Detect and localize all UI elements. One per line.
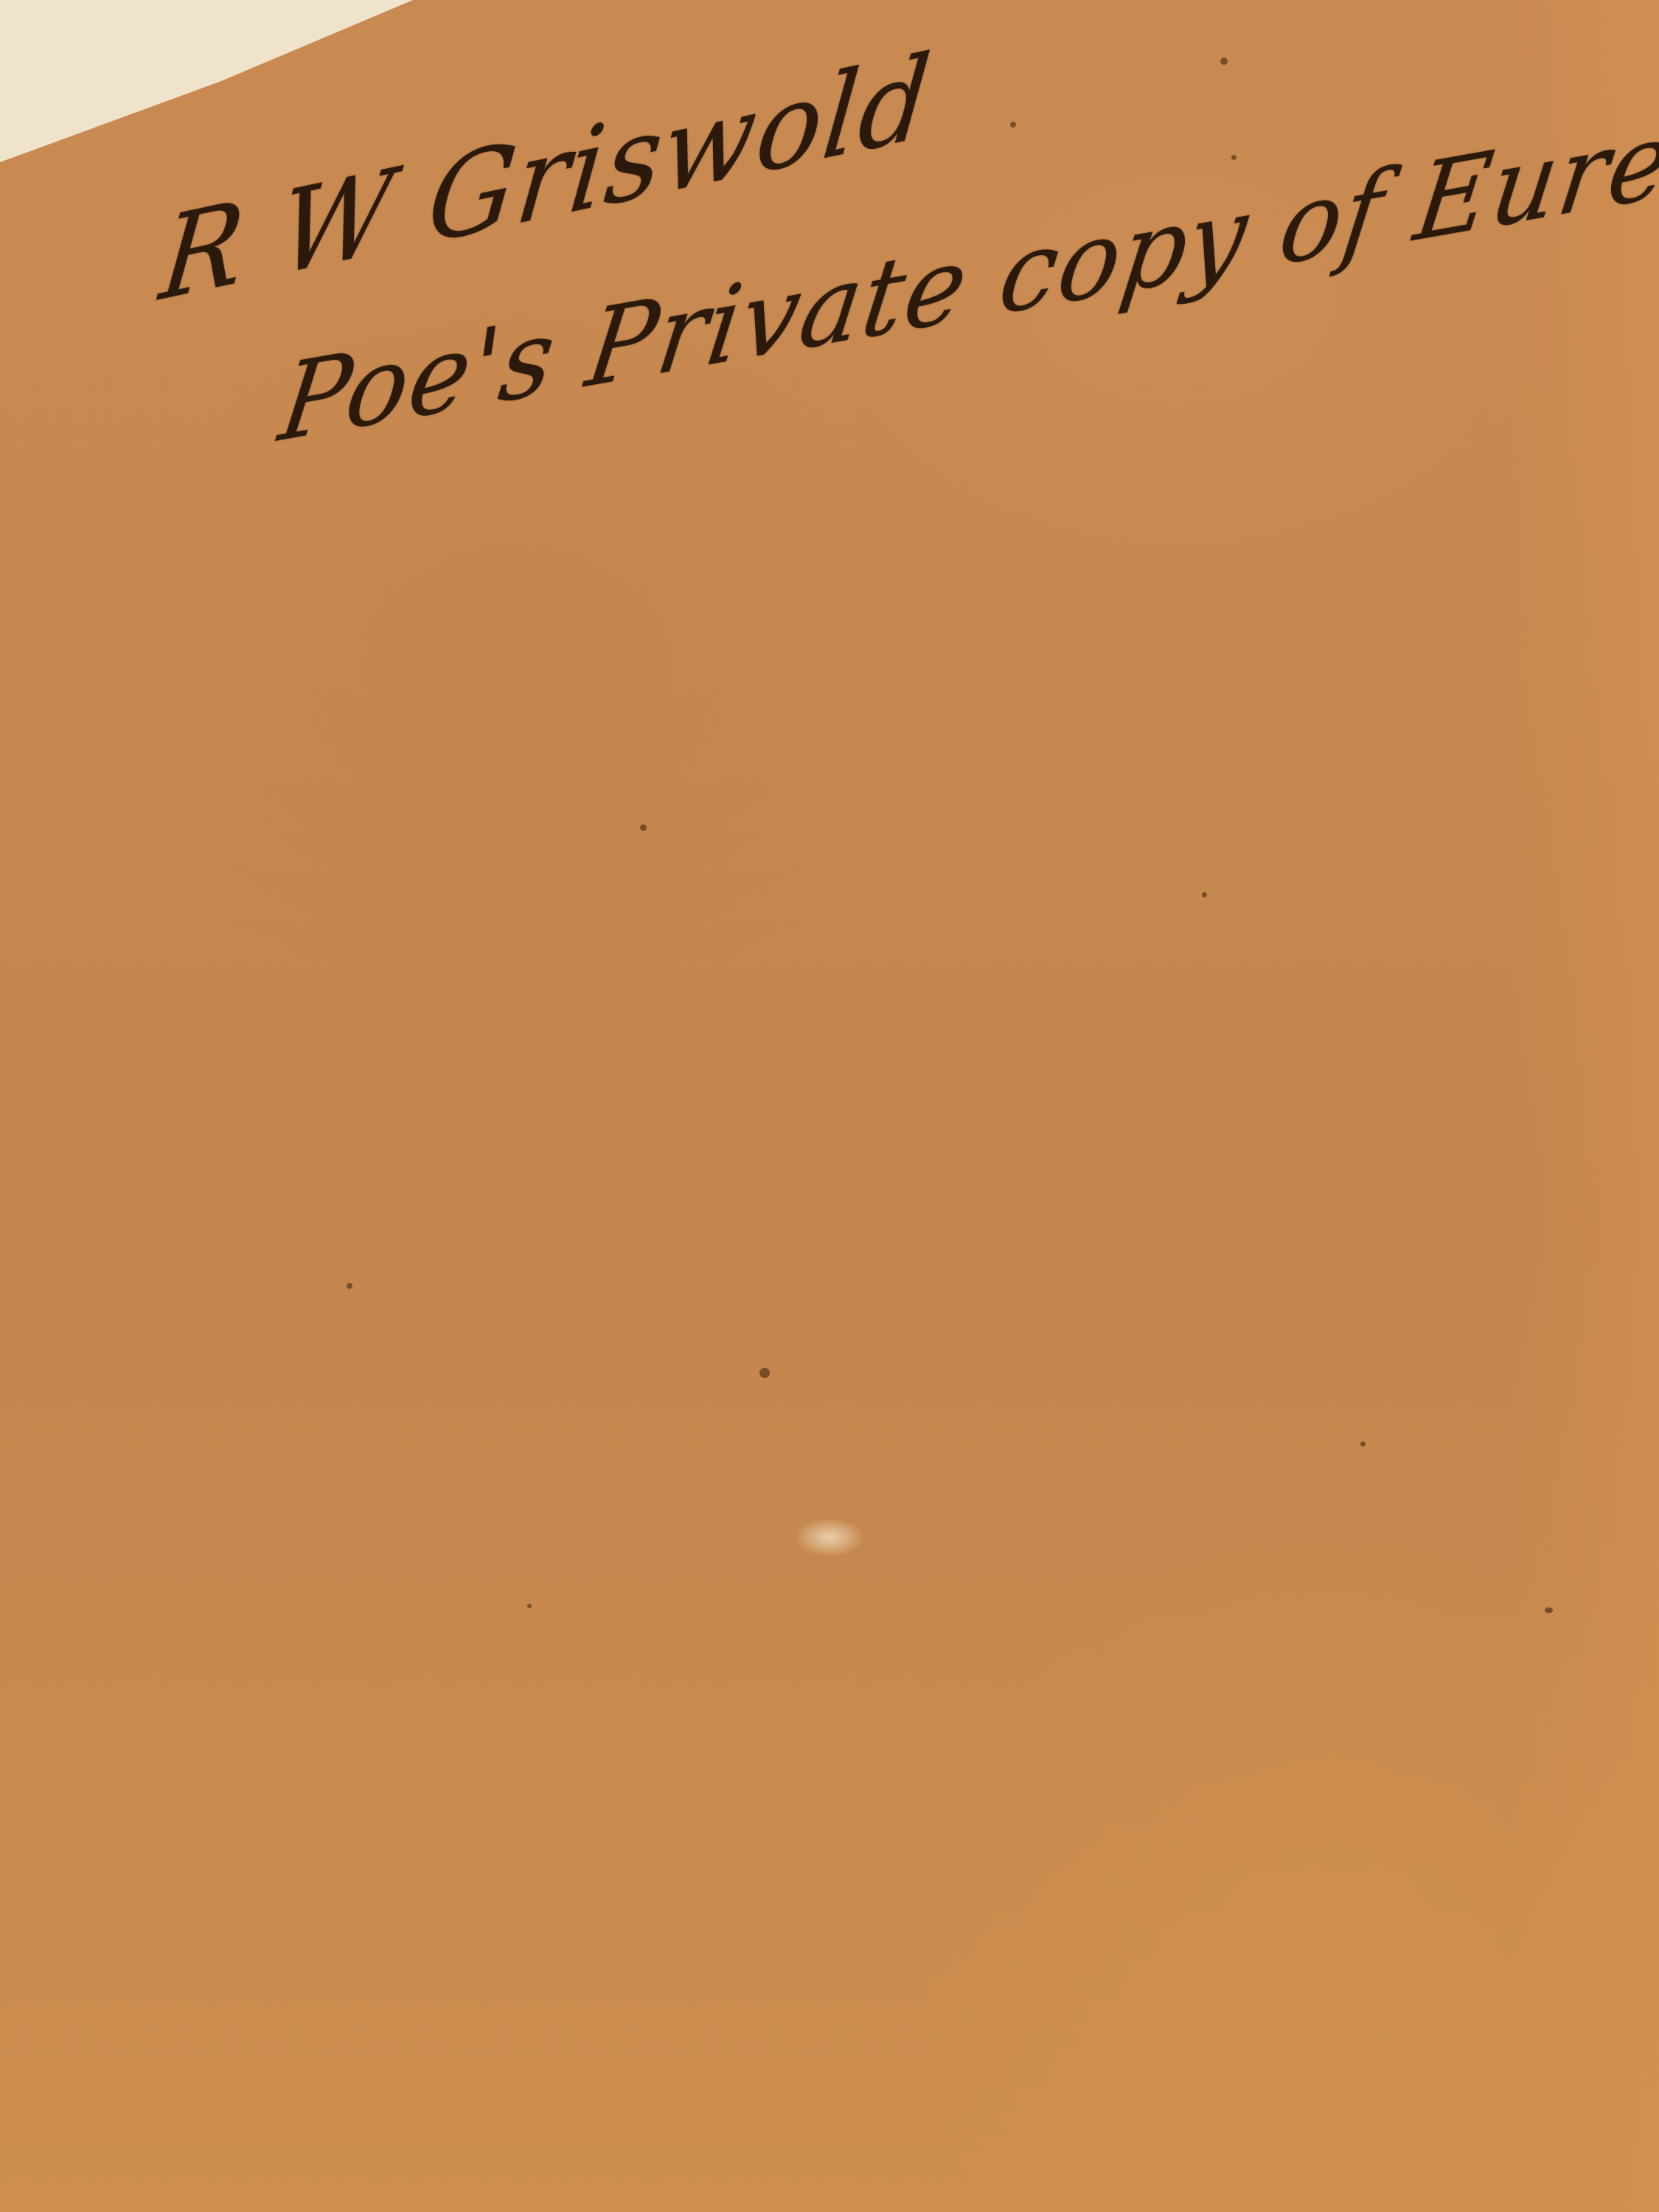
page-edge-highlight [1512, 0, 1659, 2212]
ink-speck [1545, 1607, 1553, 1613]
ink-speck [759, 1368, 770, 1378]
flyleaf-page: R W Griswold Poe's Private copy of Eurek… [0, 0, 1659, 2212]
ink-speck [347, 1283, 352, 1289]
ink-speck [1231, 155, 1237, 160]
ink-speck [1360, 1441, 1366, 1447]
paper-abrasion [796, 1519, 863, 1556]
ink-speck [640, 824, 647, 831]
photo-scene: R W Griswold Poe's Private copy of Eurek… [0, 0, 1659, 2212]
ink-speck [527, 1604, 532, 1608]
ink-speck [1010, 122, 1016, 128]
ink-speck [1202, 892, 1207, 897]
ink-speck [1220, 58, 1228, 65]
